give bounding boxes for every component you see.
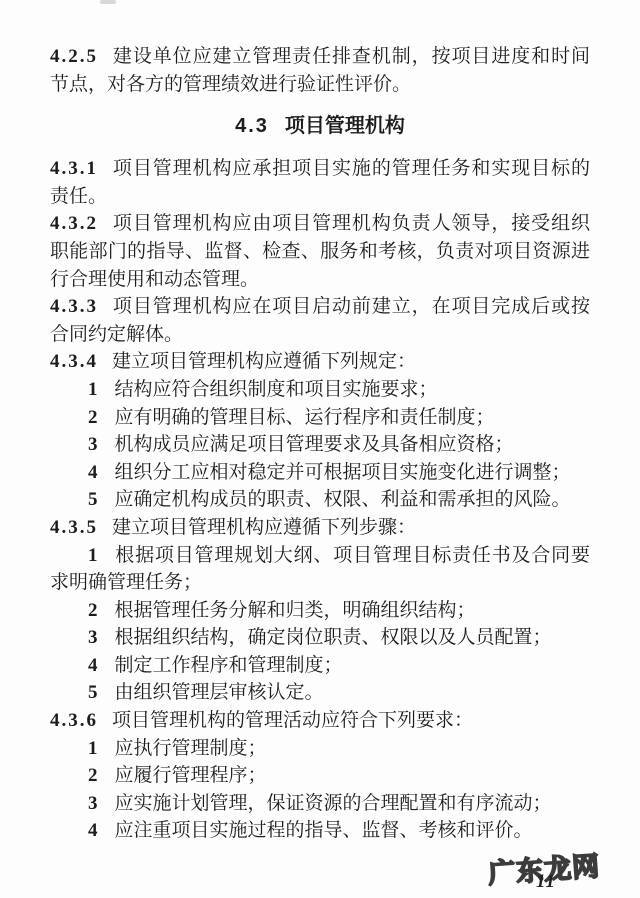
text-continuation: 职能部门的指导、监督、检查、服务和考核，负责对项目资源进 <box>50 238 590 266</box>
clause-text: 责任。 <box>50 186 107 207</box>
clause-4.2.5: 4.2.5建设单位应建立管理责任排查机制，按项目进度和时间 <box>50 43 590 71</box>
text-continuation: 节点，对各方的管理绩效进行验证性评价。 <box>50 71 590 99</box>
list-item-5: 5应确定机构成员的职责、权限、利益和需承担的风险。 <box>50 486 590 514</box>
clause-text: 根据管理任务分解和归类，明确组织结构； <box>115 600 476 621</box>
list-item-3: 3应实施计划管理，保证资源的合理配置和有序流动； <box>50 790 590 818</box>
clause-4.3.5: 4.3.5建立项目管理机构应遵循下列步骤： <box>50 514 590 542</box>
text-continuation: 责任。 <box>50 183 590 211</box>
clause-number: 4 <box>88 462 98 483</box>
list-item-2: 2应履行管理程序； <box>50 762 590 790</box>
clause-text: 行合理使用和动态管理。 <box>50 269 259 290</box>
clause-text: 项目管理机构 <box>285 115 405 137</box>
clause-text: 根据项目管理规划大纲、项目管理目标责任书及合同要 <box>115 545 591 566</box>
clause-number: 5 <box>88 489 98 510</box>
list-item-2: 2根据管理任务分解和归类，明确组织结构； <box>50 597 590 625</box>
text-continuation: 合同约定解体。 <box>50 321 590 349</box>
scan-artifact <box>100 0 116 4</box>
clause-number: 4 <box>88 820 98 841</box>
clause-4.3.1: 4.3.1项目管理机构应承担项目实施的管理任务和实现目标的 <box>50 155 590 183</box>
clause-4.3.2: 4.3.2项目管理机构应由项目管理机构负责人领导，接受组织 <box>50 210 590 238</box>
clause-text: 应确定机构成员的职责、权限、利益和需承担的风险。 <box>115 489 571 510</box>
clause-text: 应实施计划管理，保证资源的合理配置和有序流动； <box>115 793 552 814</box>
clause-text: 项目管理机构应承担项目实施的管理任务和实现目标的 <box>112 158 590 179</box>
clause-number: 4.3.3 <box>50 296 98 317</box>
clause-text: 结构应符合组织制度和项目实施要求； <box>115 379 438 400</box>
list-item-4: 4制定工作程序和管理制度； <box>50 652 590 680</box>
clause-text: 应注重项目实施过程的指导、监督、考核和评价。 <box>115 820 533 841</box>
clause-number: 2 <box>88 600 98 621</box>
list-item-4: 4应注重项目实施过程的指导、监督、考核和评价。 <box>50 817 590 845</box>
page-number: 11 <box>536 871 556 893</box>
clause-text: 节点，对各方的管理绩效进行验证性评价。 <box>50 74 411 95</box>
clause-text: 建立项目管理机构应遵循下列步骤： <box>112 517 416 538</box>
clause-text: 项目管理机构的管理活动应符合下列要求： <box>112 710 473 731</box>
clause-text: 制定工作程序和管理制度； <box>115 655 343 676</box>
clause-text: 应执行管理制度； <box>115 738 267 759</box>
clause-4.3.6: 4.3.6项目管理机构的管理活动应符合下列要求： <box>50 707 590 735</box>
clause-number: 4.3.5 <box>50 517 98 538</box>
clause-text: 建设单位应建立管理责任排查机制，按项目进度和时间 <box>112 46 590 67</box>
document-page: { "page": { "colors": { "background": "#… <box>0 0 640 898</box>
list-item-1: 1根据项目管理规划大纲、项目管理目标责任书及合同要 <box>50 542 590 570</box>
clause-number: 4.3.1 <box>50 158 98 179</box>
list-item-1: 1结构应符合组织制度和项目实施要求； <box>50 376 590 404</box>
list-item-1: 1应执行管理制度； <box>50 735 590 763</box>
clause-text: 项目管理机构应由项目管理机构负责人领导，接受组织 <box>112 213 590 234</box>
clause-number: 2 <box>88 407 98 428</box>
clause-text: 组织分工应相对稳定并可根据项目实施变化进行调整； <box>115 462 571 483</box>
clause-number: 5 <box>88 682 98 703</box>
clause-number: 1 <box>88 545 98 566</box>
clause-text: 合同约定解体。 <box>50 324 183 345</box>
clause-text: 由组织管理层审核认定。 <box>115 682 324 703</box>
list-item-4: 4组织分工应相对稳定并可根据项目实施变化进行调整； <box>50 459 590 487</box>
clause-number: 4.3.2 <box>50 213 98 234</box>
list-item-5: 5由组织管理层审核认定。 <box>50 679 590 707</box>
clause-number: 1 <box>88 738 98 759</box>
clause-text: 建立项目管理机构应遵循下列规定： <box>112 351 416 372</box>
clause-text: 求明确管理任务； <box>50 572 202 593</box>
list-item-2: 2应有明确的管理目标、运行程序和责任制度； <box>50 404 590 432</box>
list-item-3: 3根据组织结构，确定岗位职责、权限以及人员配置； <box>50 624 590 652</box>
clause-text: 机构成员应满足项目管理要求及具备相应资格； <box>115 434 514 455</box>
section-heading-4.3: 4.3项目管理机构 <box>50 112 590 140</box>
text-continuation: 求明确管理任务； <box>50 569 590 597</box>
clause-number: 4.3.4 <box>50 351 98 372</box>
clause-number: 4 <box>88 655 98 676</box>
clause-number: 2 <box>88 765 98 786</box>
clause-number: 4.3.6 <box>50 710 98 731</box>
clause-text: 根据组织结构，确定岗位职责、权限以及人员配置； <box>115 627 552 648</box>
clause-number: 3 <box>88 434 98 455</box>
clause-4.3.4: 4.3.4建立项目管理机构应遵循下列规定： <box>50 348 590 376</box>
clause-number: 1 <box>88 379 98 400</box>
clause-text: 项目管理机构应在项目启动前建立，在项目完成后或按 <box>112 296 590 317</box>
clause-number: 4.2.5 <box>50 46 98 67</box>
clause-text: 职能部门的指导、监督、检查、服务和考核，负责对项目资源进 <box>50 241 590 262</box>
clause-number: 4.3 <box>235 115 269 137</box>
clause-number: 3 <box>88 793 98 814</box>
list-item-3: 3机构成员应满足项目管理要求及具备相应资格； <box>50 431 590 459</box>
clause-text: 应有明确的管理目标、运行程序和责任制度； <box>115 407 495 428</box>
clause-number: 3 <box>88 627 98 648</box>
clause-4.3.3: 4.3.3项目管理机构应在项目启动前建立，在项目完成后或按 <box>50 293 590 321</box>
document-body: 4.2.5建设单位应建立管理责任排查机制，按项目进度和时间节点，对各方的管理绩效… <box>0 0 640 845</box>
text-continuation: 行合理使用和动态管理。 <box>50 266 590 294</box>
clause-text: 应履行管理程序； <box>115 765 267 786</box>
